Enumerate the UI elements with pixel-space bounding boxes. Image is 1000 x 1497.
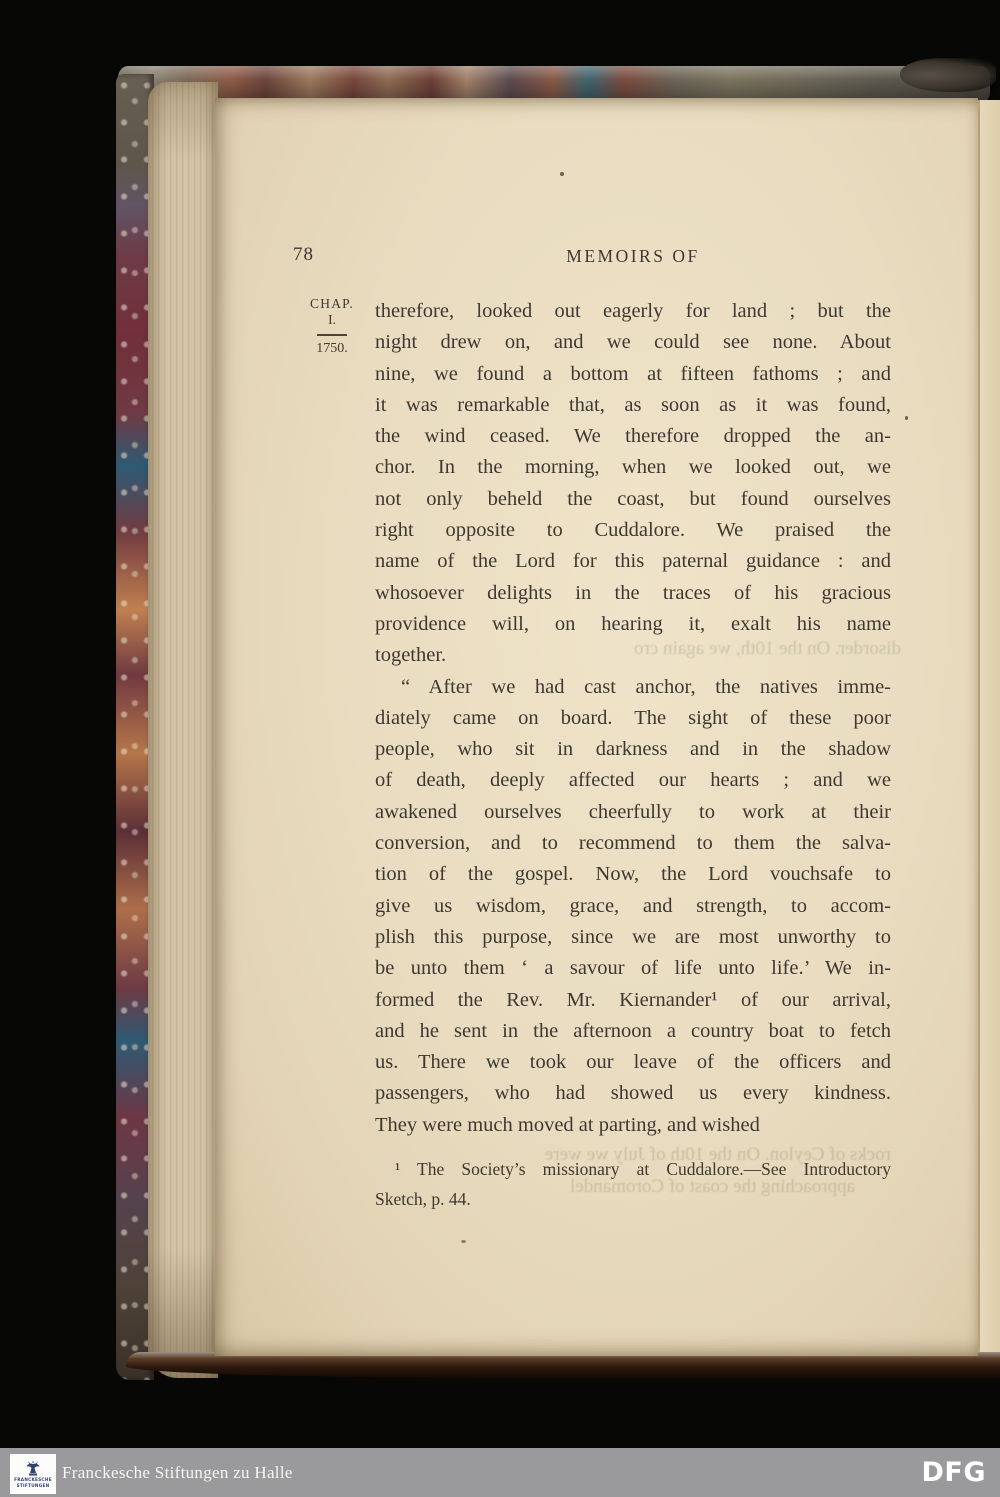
text-line: therefore, looked out eagerly for land ;… [375, 296, 891, 327]
text-line: be unto them ‘ a savour of life unto lif… [375, 953, 891, 984]
institution-logo-text-line1: FRANCKESCHE [14, 1477, 52, 1482]
chapter-year: 1750. [301, 341, 363, 357]
text-line: awakened ourselves cheerfully to work at… [375, 797, 891, 828]
text-line: us. There we took our leave of the offic… [375, 1047, 891, 1078]
text-line: providence will, on hearing it, exalt hi… [375, 609, 891, 640]
text-line: Sketch, p. 44. [375, 1184, 891, 1214]
chapter-numeral: I. [301, 312, 363, 328]
footnote: ¹ The Society’s missionary at Cuddalore.… [375, 1154, 891, 1214]
page-speck [560, 172, 564, 176]
page-fore-edge-stack [148, 82, 218, 1378]
page-number: 78 [293, 244, 314, 266]
text-line: right opposite to Cuddalore. We praised … [375, 515, 891, 546]
paragraph: “ After we had cast anchor, the natives … [375, 672, 891, 1141]
book-page: disorder. On the 10th, we again cro rock… [215, 98, 978, 1356]
text-line: give us wisdom, grace, and strength, to … [375, 891, 891, 922]
text-line: of death, deeply affected our hearts ; a… [375, 765, 891, 796]
dfg-logo: DFG [921, 1456, 986, 1487]
right-page-gutter [978, 100, 1000, 1352]
text-line: nine, we found a bottom at fifteen fatho… [375, 359, 891, 390]
text-line: together. [375, 640, 891, 671]
text-line: plish this purpose, since we are most un… [375, 922, 891, 953]
text-line: the wind ceased. We therefore dropped th… [375, 421, 891, 452]
text-line: name of the Lord for this paternal guida… [375, 546, 891, 577]
text-line: chor. In the morning, when we looked out… [375, 452, 891, 483]
text-line: not only beheld the coast, but found our… [375, 484, 891, 515]
footer-bar: FRANCKESCHE STIFTUNGEN Franckesche Stift… [0, 1448, 1000, 1497]
book-scan-photo: disorder. On the 10th, we again cro rock… [0, 0, 1000, 1497]
paragraph: therefore, looked out eagerly for land ;… [375, 296, 891, 672]
text-line: tion of the gospel. Now, the Lord vouchs… [375, 859, 891, 890]
margin-rule [317, 334, 347, 336]
institution-logo: FRANCKESCHE STIFTUNGEN [10, 1454, 56, 1494]
book-corner-wear [900, 58, 996, 92]
text-line: formed the Rev. Mr. Kiernander¹ of our a… [375, 985, 891, 1016]
paragraph: ¹ The Society’s missionary at Cuddalore.… [375, 1154, 891, 1214]
running-header: MEMOIRS OF [375, 246, 891, 267]
chapter-margin-note: CHAP. I. 1750. [301, 296, 363, 357]
body-text: therefore, looked out eagerly for land ;… [375, 296, 891, 1141]
page-speck [461, 1240, 466, 1243]
text-line: “ After we had cast anchor, the natives … [375, 672, 891, 703]
text-line: whosoever delights in the traces of his … [375, 578, 891, 609]
text-line: people, who sit in darkness and in the s… [375, 734, 891, 765]
text-line: They were much moved at parting, and wis… [375, 1110, 891, 1141]
eagle-sun-emblem-icon [24, 1460, 42, 1476]
text-line: passengers, who had showed us every kind… [375, 1078, 891, 1109]
text-line: it was remarkable that, as soon as it wa… [375, 390, 891, 421]
text-line: conversion, and to recommend to them the… [375, 828, 891, 859]
chapter-label: CHAP. [301, 296, 363, 312]
footer-institution-name: Franckesche Stiftungen zu Halle [62, 1463, 293, 1483]
text-line: night drew on, and we could see none. Ab… [375, 327, 891, 358]
text-line: and he sent in the afternoon a country b… [375, 1016, 891, 1047]
page-speck [905, 416, 908, 420]
institution-logo-text-line2: STIFTUNGEN [17, 1483, 50, 1488]
text-line: ¹ The Society’s missionary at Cuddalore.… [375, 1154, 891, 1184]
text-line: diately came on board. The sight of thes… [375, 703, 891, 734]
